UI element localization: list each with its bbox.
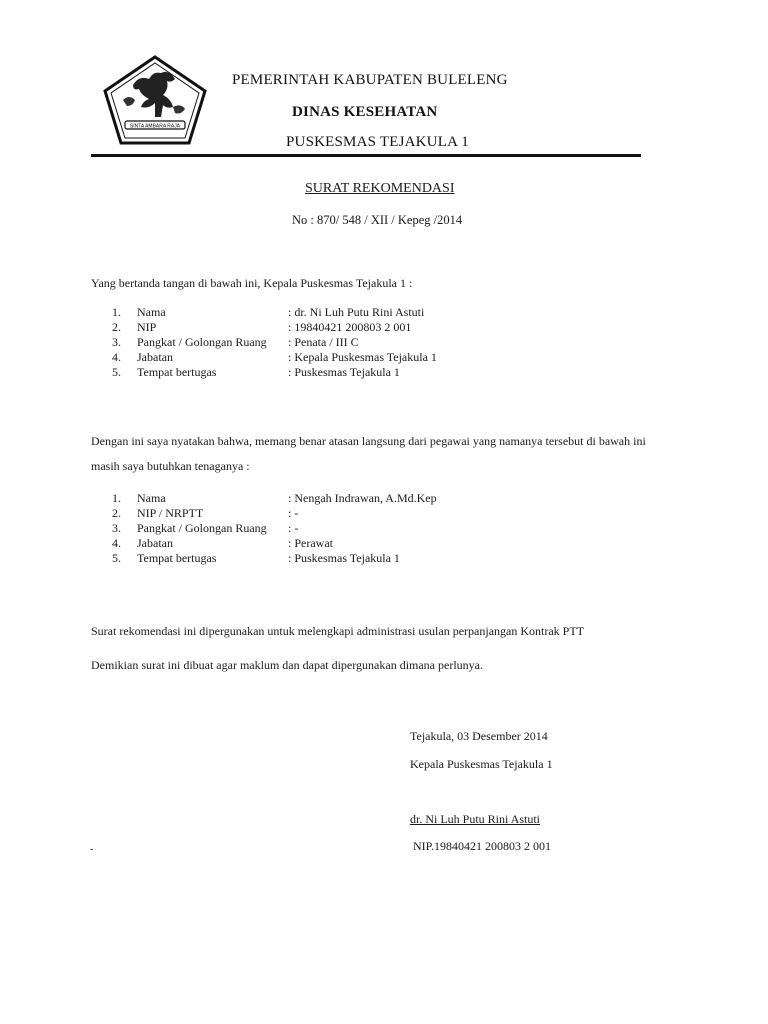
letterhead-department: DINAS KESEHATAN: [292, 104, 437, 121]
employee-details-list: 1. Nama : Nengah Indrawan, A.Md.Kep 2. N…: [112, 491, 512, 566]
signature-name: dr. Ni Luh Putu Rini Astuti: [410, 812, 540, 827]
signer-details-list: 1. Nama : dr. Ni Luh Putu Rini Astuti 2.…: [112, 305, 512, 380]
signer-row-nip: 2. NIP : 19840421 200803 2 001: [112, 320, 512, 335]
letterhead-government: PEMERINTAH KABUPATEN BULELENG: [232, 72, 508, 89]
employee-row-workplace: 5. Tempat bertugas : Puskesmas Tejakula …: [112, 551, 512, 566]
statement-line-2: masih saya butuhkan tenaganya :: [91, 459, 250, 474]
signer-row-workplace: 5. Tempat bertugas : Puskesmas Tejakula …: [112, 365, 512, 380]
employee-row-position: 4. Jabatan : Perawat: [112, 536, 512, 551]
footer-mark: -: [90, 844, 93, 855]
signer-row-rank: 3. Pangkat / Golongan Ruang : Penata / I…: [112, 335, 512, 350]
letterhead-divider: [91, 154, 641, 157]
signature-position: Kepala Puskesmas Tejakula 1: [410, 757, 553, 772]
svg-text:SINTA AMBARA RAJA: SINTA AMBARA RAJA: [130, 124, 181, 130]
employee-row-nip: 2. NIP / NRPTT : -: [112, 506, 512, 521]
purpose-paragraph: Surat rekomendasi ini dipergunakan untuk…: [91, 624, 584, 639]
statement-line-1: Dengan ini saya nyatakan bahwa, memang b…: [91, 434, 646, 449]
document-number: No : 870/ 548 / XII / Kepeg /2014: [292, 213, 462, 228]
regency-logo-icon: SINTA AMBARA RAJA: [103, 55, 208, 145]
signer-row-name: 1. Nama : dr. Ni Luh Putu Rini Astuti: [112, 305, 512, 320]
signer-row-position: 4. Jabatan : Kepala Puskesmas Tejakula 1: [112, 350, 512, 365]
employee-row-rank: 3. Pangkat / Golongan Ruang : -: [112, 521, 512, 536]
signature-nip: NIP.19840421 200803 2 001: [413, 839, 551, 854]
letterhead-health-center: PUSKESMAS TEJAKULA 1: [286, 134, 469, 151]
employee-row-name: 1. Nama : Nengah Indrawan, A.Md.Kep: [112, 491, 512, 506]
closing-paragraph: Demikian surat ini dibuat agar maklum da…: [91, 658, 483, 673]
signature-place-date: Tejakula, 03 Desember 2014: [410, 729, 548, 744]
intro-paragraph: Yang bertanda tangan di bawah ini, Kepal…: [91, 276, 412, 291]
document-title: SURAT REKOMENDASI: [305, 181, 454, 197]
